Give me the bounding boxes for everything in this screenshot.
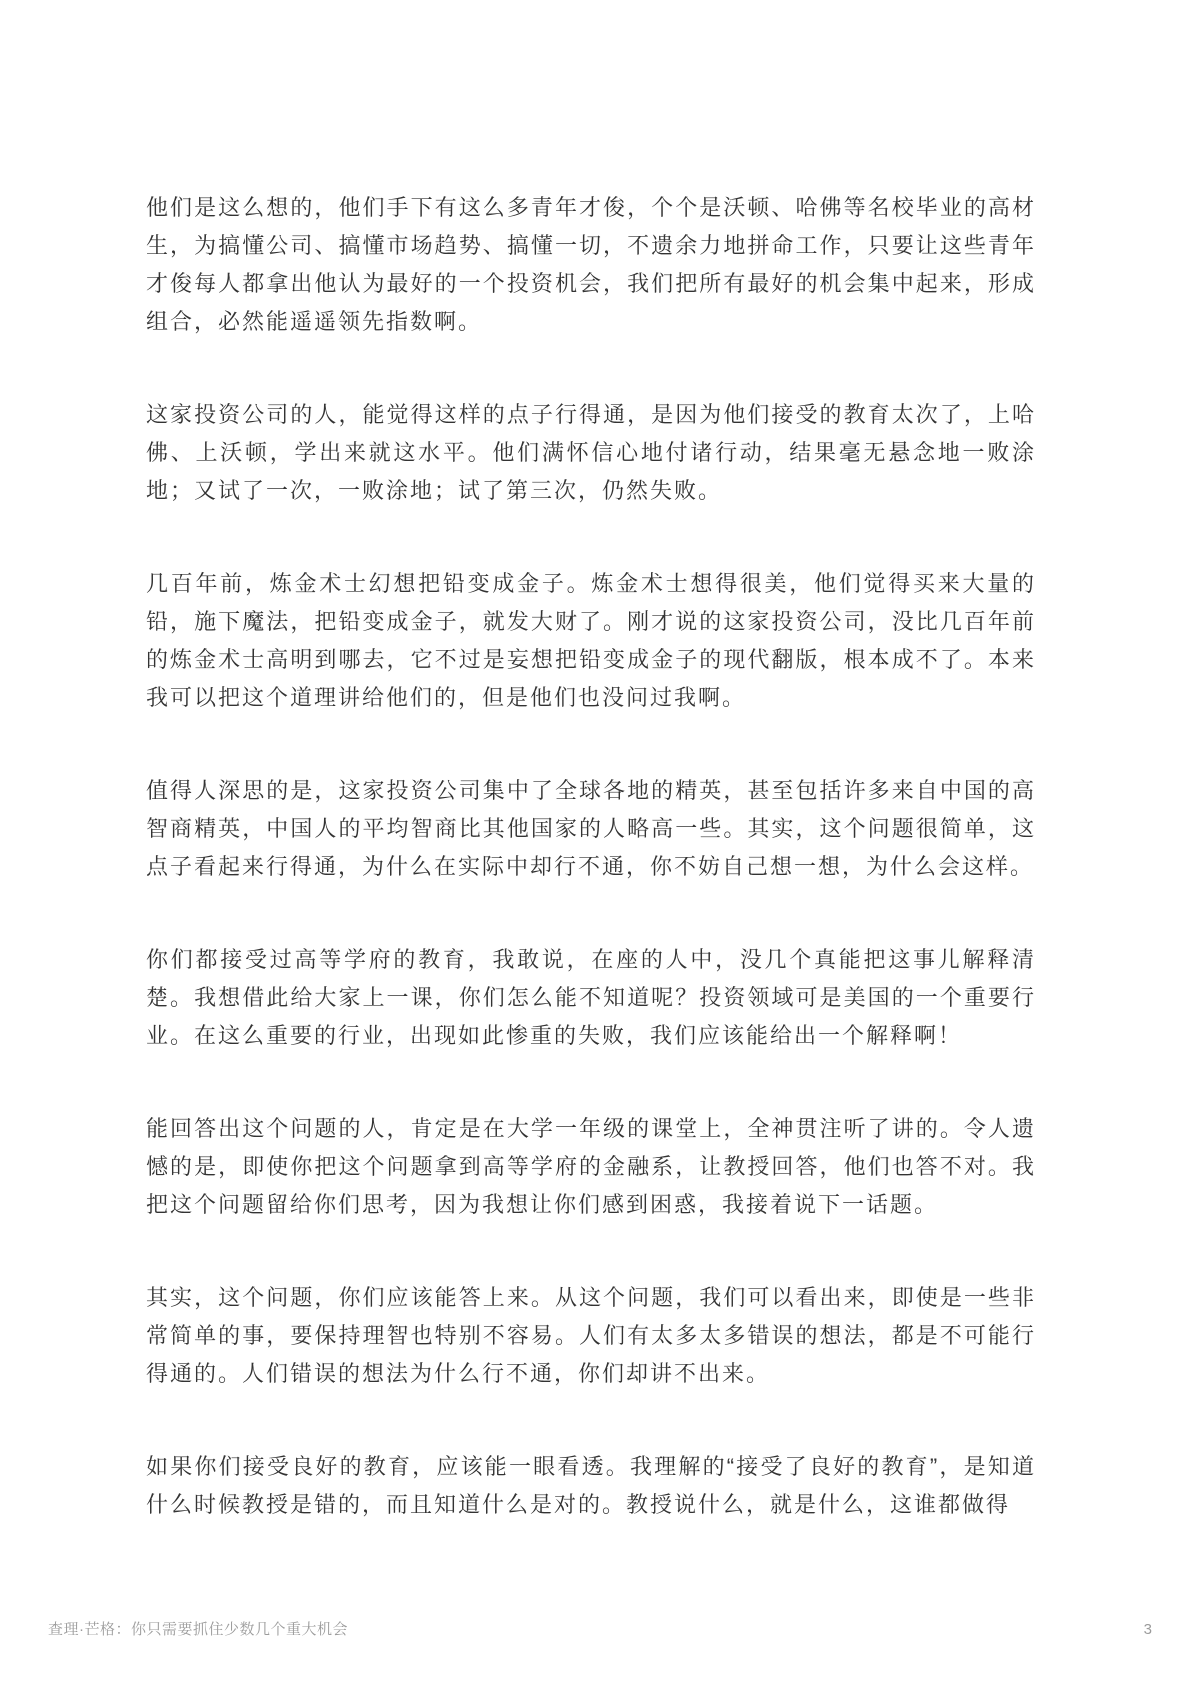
paragraph-1: 他们是这么想的，他们手下有这么多青年才俊，个个是沃顿、哈佛等名校毕业的高材生，为… [146,189,1036,341]
paragraph-4: 值得人深思的是，这家投资公司集中了全球各地的精英，甚至包括许多来自中国的高智商精… [146,772,1036,886]
paragraph-2: 这家投资公司的人，能觉得这样的点子行得通，是因为他们接受的教育太次了，上哈佛、上… [146,396,1036,510]
document-body: 他们是这么想的，他们手下有这么多青年才俊，个个是沃顿、哈佛等名校毕业的高材生，为… [146,189,1036,1579]
paragraph-7: 其实，这个问题，你们应该能答上来。从这个问题，我们可以看出来，即使是一些非常简单… [146,1279,1036,1393]
page-number: 3 [1144,1620,1152,1640]
paragraph-5: 你们都接受过高等学府的教育，我敢说，在座的人中，没几个真能把这事儿解释清楚。我想… [146,941,1036,1055]
footer-document-title: 查理·芒格：你只需要抓住少数几个重大机会 [48,1620,348,1640]
paragraph-3: 几百年前，炼金术士幻想把铅变成金子。炼金术士想得很美，他们觉得买来大量的铅，施下… [146,565,1036,717]
document-page: 他们是这么想的，他们手下有这么多青年才俊，个个是沃顿、哈佛等名校毕业的高材生，为… [0,0,1200,1698]
paragraph-8: 如果你们接受良好的教育，应该能一眼看透。我理解的“接受了良好的教育”，是知道什么… [146,1448,1036,1524]
paragraph-6: 能回答出这个问题的人，肯定是在大学一年级的课堂上，全神贯注听了讲的。令人遗憾的是… [146,1110,1036,1224]
page-footer: 查理·芒格：你只需要抓住少数几个重大机会 3 [48,1620,1152,1640]
